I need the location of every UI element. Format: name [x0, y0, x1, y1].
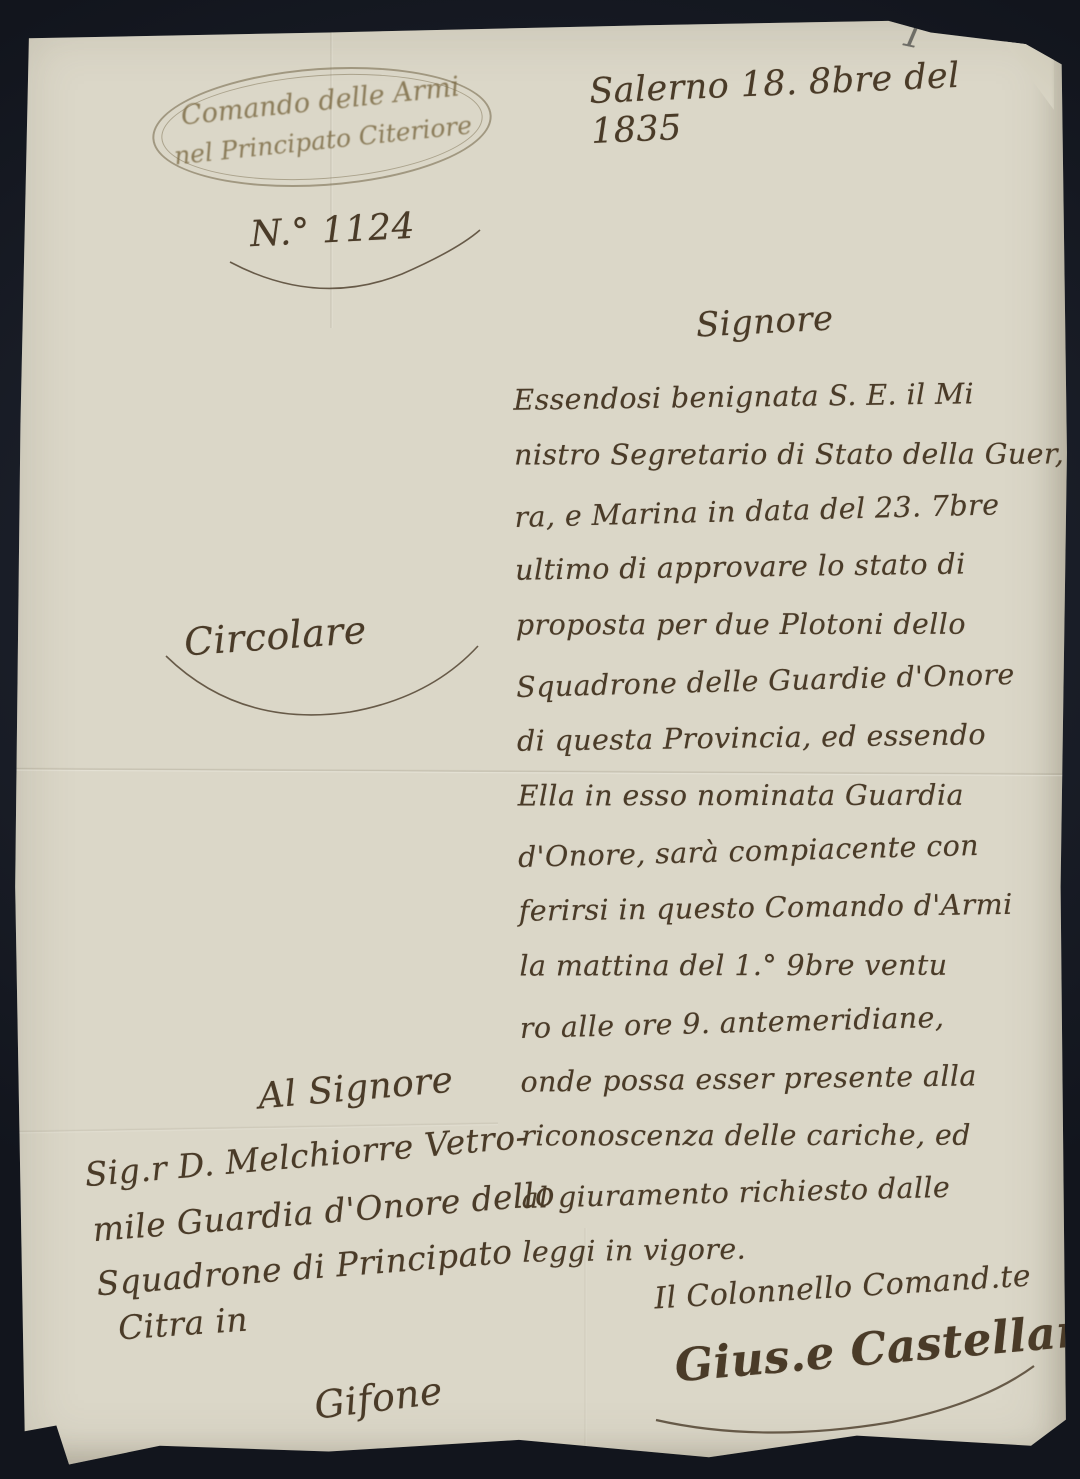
body-line: ro alle ore 9. antemeridiane, [519, 998, 1054, 1069]
body-line: nistro Segretario di Stato della Guer, [514, 437, 1048, 495]
circolare-underline-flourish [160, 616, 490, 726]
signature-flourish [642, 1348, 1042, 1438]
oval-office-stamp: Comando delle Armi nel Principato Citeri… [148, 56, 495, 197]
salutation: Signore [695, 298, 834, 345]
body-line: Essendosi benignata S. E. il Mi [513, 376, 1048, 440]
body-line: ultimo di approvare lo stato di [515, 547, 1050, 611]
body-line: ferirsi in questo Comando d'Armi [519, 887, 1054, 951]
body-line: riconoscenza delle cariche, ed [521, 1119, 1055, 1177]
body-line: la mattina del 1.° 9bre ventu [519, 948, 1053, 1006]
letter-paper: Comando delle Armi nel Principato Citeri… [12, 18, 1068, 1466]
body-line: al giuramento richiesto dalle [521, 1168, 1056, 1239]
destination-place: Gifone [312, 1368, 445, 1427]
dateline: Salerno 18. 8bre del 1835 [588, 52, 1051, 152]
body-line: Ella in esso nominata Guardia [518, 778, 1052, 836]
body-line: di questa Provincia, ed essendo [517, 717, 1052, 781]
photo-scene: Comando delle Armi nel Principato Citeri… [0, 0, 1080, 1479]
pencil-corner-number: 1 [898, 14, 928, 58]
address-line: Citra in [117, 1300, 249, 1348]
body-line: onde possa esser presente alla [520, 1058, 1055, 1122]
address-line: Al Signore [257, 1060, 455, 1118]
number-underline-flourish [222, 216, 492, 306]
body-line: Squadrone delle Guardie d'Onore [516, 657, 1051, 728]
body-line: proposta per due Plotoni dello [516, 608, 1050, 666]
letter-body: Essendosi benignata S. E. il Mi nistro S… [513, 377, 1056, 1291]
